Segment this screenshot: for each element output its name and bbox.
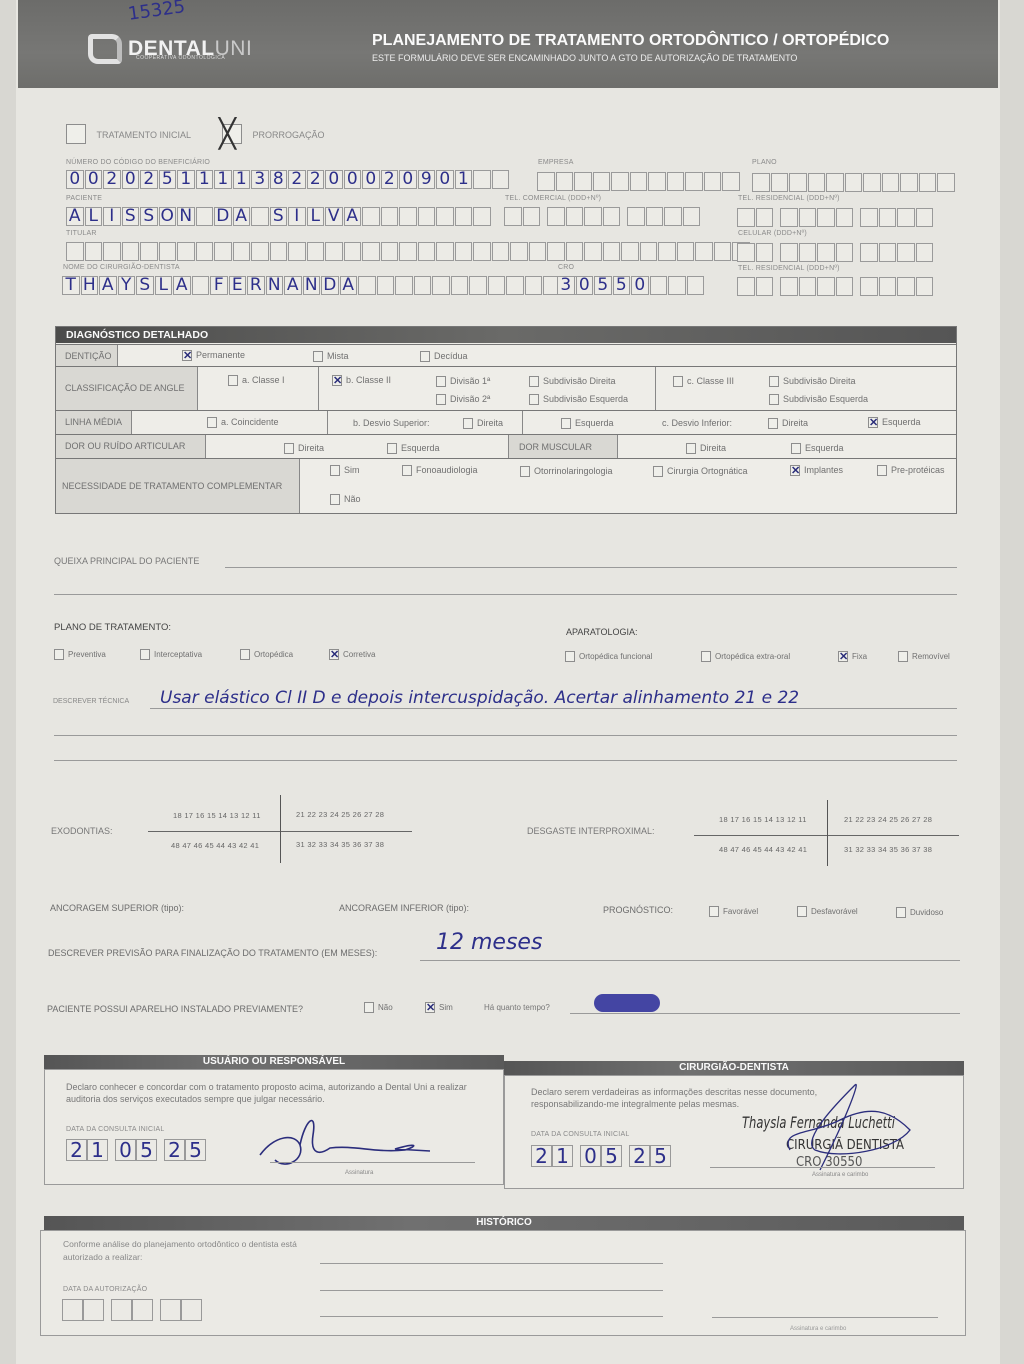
- checkbox-lower-right[interactable]: [768, 418, 778, 429]
- char-box[interactable]: 2: [288, 170, 306, 189]
- char-box[interactable]: [863, 173, 881, 192]
- option-extension[interactable]: PRORROGAÇÃO: [222, 124, 324, 144]
- option-deciduous[interactable]: Decídua: [420, 351, 468, 362]
- date-digit-box[interactable]: [83, 1299, 104, 1321]
- char-box[interactable]: [737, 208, 755, 227]
- date-digit-box[interactable]: 2: [164, 1139, 185, 1161]
- char-box[interactable]: [799, 208, 817, 227]
- checkbox-fixed[interactable]: [838, 651, 848, 662]
- char-box[interactable]: [845, 173, 863, 192]
- option-mixed[interactable]: Mista: [313, 351, 349, 362]
- char-box[interactable]: [504, 207, 522, 226]
- char-box[interactable]: [584, 242, 602, 261]
- date-digit-box[interactable]: 0: [580, 1145, 601, 1167]
- char-box[interactable]: [451, 276, 469, 295]
- checkbox-c2-sub-right[interactable]: [529, 376, 539, 387]
- checkbox-corrective[interactable]: [329, 649, 339, 660]
- teeth-upper-left[interactable]: 21 22 23 24 25 26 27 28: [296, 810, 384, 819]
- mobile-field[interactable]: [737, 243, 934, 262]
- option-class3[interactable]: c. Classe III: [673, 376, 734, 387]
- checkbox-deciduous[interactable]: [420, 351, 430, 362]
- dentist-date-field[interactable]: 210525: [531, 1145, 678, 1167]
- char-box[interactable]: [251, 242, 269, 261]
- forecast-value[interactable]: 12 meses: [436, 930, 542, 955]
- char-box[interactable]: 2: [381, 170, 399, 189]
- checkbox-functional-orthopedic[interactable]: [565, 651, 575, 662]
- checkbox-previous-no[interactable]: [364, 1002, 374, 1013]
- char-box[interactable]: [780, 208, 798, 227]
- teeth-upper-right[interactable]: 18 17 16 15 14 13 12 11: [173, 811, 261, 820]
- date-digit-box[interactable]: 5: [601, 1145, 622, 1167]
- date-digit-box[interactable]: 2: [629, 1145, 650, 1167]
- checkbox-class2[interactable]: [332, 375, 342, 386]
- char-box[interactable]: [395, 276, 413, 295]
- char-box[interactable]: 1: [214, 170, 232, 189]
- char-box[interactable]: [646, 207, 664, 226]
- ipr-teeth-lower-left[interactable]: 31 32 33 34 35 36 37 38: [844, 845, 932, 854]
- company-field[interactable]: [537, 172, 741, 191]
- checkbox-joint-right[interactable]: [284, 443, 294, 454]
- date-digit-box[interactable]: 2: [531, 1145, 552, 1167]
- char-box[interactable]: [381, 207, 399, 226]
- char-box[interactable]: [919, 173, 937, 192]
- char-box[interactable]: [704, 172, 722, 191]
- option-lower-left[interactable]: Esquerda: [868, 417, 921, 428]
- char-box[interactable]: [492, 170, 510, 189]
- option-muscle-right[interactable]: Direita: [686, 443, 726, 454]
- char-box[interactable]: 0: [399, 170, 417, 189]
- char-box[interactable]: [860, 208, 878, 227]
- char-box[interactable]: 0: [362, 170, 380, 189]
- ipr-teeth-upper-left[interactable]: 21 22 23 24 25 26 27 28: [844, 815, 932, 824]
- char-box[interactable]: 0: [576, 276, 594, 295]
- char-box[interactable]: [826, 173, 844, 192]
- char-box[interactable]: 1: [233, 170, 251, 189]
- option-c2-sub-right[interactable]: Subdivisão Direita: [529, 376, 616, 387]
- char-box[interactable]: [288, 242, 306, 261]
- authorization-date-field[interactable]: [62, 1299, 209, 1321]
- char-box[interactable]: [683, 207, 701, 226]
- char-box[interactable]: [556, 172, 574, 191]
- checkbox-complementary-yes[interactable]: [330, 465, 340, 476]
- teeth-lower-left[interactable]: 31 32 33 34 35 36 37 38: [296, 840, 384, 849]
- option-c3-sub-right[interactable]: Subdivisão Direita: [769, 376, 856, 387]
- char-box[interactable]: [196, 242, 214, 261]
- char-box[interactable]: I: [103, 207, 121, 226]
- checkbox-class1[interactable]: [228, 375, 238, 386]
- char-box[interactable]: [473, 207, 491, 226]
- option-previous-no[interactable]: Não: [364, 1002, 393, 1013]
- beneficiary-code-field[interactable]: 0020251111382200020901: [66, 170, 510, 189]
- option-previous-yes[interactable]: Sim: [425, 1002, 453, 1013]
- char-box[interactable]: [752, 173, 770, 192]
- char-box[interactable]: A: [340, 276, 358, 295]
- char-box[interactable]: 3: [557, 276, 575, 295]
- option-coincident[interactable]: a. Coincidente: [207, 417, 279, 428]
- char-box[interactable]: L: [85, 207, 103, 226]
- checkbox-upper-left[interactable]: [561, 418, 571, 429]
- char-box[interactable]: [362, 242, 380, 261]
- option-functional-orthopedic[interactable]: Ortopédica funcional: [565, 651, 652, 662]
- char-box[interactable]: V: [325, 207, 343, 226]
- char-box[interactable]: [658, 242, 676, 261]
- char-box[interactable]: [722, 172, 740, 191]
- option-joint-left[interactable]: Esquerda: [387, 443, 440, 454]
- char-box[interactable]: [882, 173, 900, 192]
- char-box[interactable]: [492, 242, 510, 261]
- char-box[interactable]: [122, 242, 140, 261]
- history-signature-line[interactable]: [712, 1317, 938, 1318]
- char-box[interactable]: [85, 242, 103, 261]
- char-box[interactable]: [836, 243, 854, 262]
- char-box[interactable]: [817, 277, 835, 296]
- char-box[interactable]: [381, 242, 399, 261]
- char-box[interactable]: [251, 207, 269, 226]
- cro-field[interactable]: 30550: [557, 276, 705, 295]
- char-box[interactable]: [836, 277, 854, 296]
- char-box[interactable]: N: [303, 276, 321, 295]
- char-box[interactable]: [593, 172, 611, 191]
- history-input-line-3[interactable]: [320, 1316, 663, 1317]
- char-box[interactable]: I: [288, 207, 306, 226]
- char-box[interactable]: S: [136, 276, 154, 295]
- char-box[interactable]: [469, 276, 487, 295]
- char-box[interactable]: [214, 242, 232, 261]
- option-doubtful[interactable]: Duvidoso: [896, 907, 943, 918]
- date-digit-box[interactable]: [62, 1299, 83, 1321]
- option-interceptive[interactable]: Interceptativa: [140, 649, 202, 660]
- option-upper-left[interactable]: Esquerda: [561, 418, 614, 429]
- char-box[interactable]: L: [307, 207, 325, 226]
- char-box[interactable]: [817, 243, 835, 262]
- date-digit-box[interactable]: 1: [552, 1145, 573, 1167]
- plan-field[interactable]: [752, 173, 956, 192]
- tel-residential-2-field[interactable]: [737, 277, 934, 296]
- char-box[interactable]: S: [270, 207, 288, 226]
- char-box[interactable]: O: [159, 207, 177, 226]
- char-box[interactable]: [177, 242, 195, 261]
- checkbox-orthognathic[interactable]: [653, 466, 663, 477]
- history-input-line-2[interactable]: [320, 1290, 663, 1291]
- date-digit-box[interactable]: [111, 1299, 132, 1321]
- char-box[interactable]: 2: [103, 170, 121, 189]
- char-box[interactable]: 5: [159, 170, 177, 189]
- char-box[interactable]: A: [233, 207, 251, 226]
- option-extraoral-orthopedic[interactable]: Ortopédica extra-oral: [701, 651, 790, 662]
- checkbox-joint-left[interactable]: [387, 443, 397, 454]
- char-box[interactable]: [737, 243, 755, 262]
- checkbox-removable[interactable]: [898, 651, 908, 662]
- char-box[interactable]: [836, 208, 854, 227]
- checkbox-favorable[interactable]: [709, 906, 719, 917]
- checkbox-c3-sub-right[interactable]: [769, 376, 779, 387]
- char-box[interactable]: [695, 242, 713, 261]
- char-box[interactable]: [603, 242, 621, 261]
- char-box[interactable]: S: [122, 207, 140, 226]
- char-box[interactable]: [414, 276, 432, 295]
- checkbox-speech-therapy[interactable]: [402, 465, 412, 476]
- char-box[interactable]: [630, 172, 648, 191]
- char-box[interactable]: [362, 207, 380, 226]
- checkbox-upper-right[interactable]: [463, 418, 473, 429]
- char-box[interactable]: [879, 243, 897, 262]
- char-box[interactable]: 0: [344, 170, 362, 189]
- char-box[interactable]: [789, 173, 807, 192]
- char-box[interactable]: [897, 208, 915, 227]
- ipr-teeth-lower-right[interactable]: 48 47 46 45 44 43 42 41: [719, 845, 807, 854]
- char-box[interactable]: [664, 207, 682, 226]
- option-implants[interactable]: Implantes: [790, 465, 843, 476]
- teeth-lower-right[interactable]: 48 47 46 45 44 43 42 41: [171, 841, 259, 850]
- option-permanent[interactable]: Permanente: [182, 350, 245, 361]
- char-box[interactable]: [66, 242, 84, 261]
- char-box[interactable]: [860, 277, 878, 296]
- char-box[interactable]: 3: [251, 170, 269, 189]
- char-box[interactable]: [685, 172, 703, 191]
- char-box[interactable]: [418, 242, 436, 261]
- checkbox-extension[interactable]: [222, 124, 242, 144]
- checkbox-div1[interactable]: [436, 376, 446, 387]
- char-box[interactable]: [436, 207, 454, 226]
- option-complementary-yes[interactable]: Sim: [330, 465, 360, 476]
- date-digit-box[interactable]: 5: [185, 1139, 206, 1161]
- char-box[interactable]: H: [81, 276, 99, 295]
- option-orthognathic[interactable]: Cirurgia Ortognática: [653, 466, 748, 477]
- char-box[interactable]: D: [214, 207, 232, 226]
- char-box[interactable]: [621, 242, 639, 261]
- option-ent[interactable]: Otorrinolaringologia: [520, 466, 613, 477]
- char-box[interactable]: [432, 276, 450, 295]
- char-box[interactable]: [916, 208, 934, 227]
- date-digit-box[interactable]: [132, 1299, 153, 1321]
- char-box[interactable]: [714, 242, 732, 261]
- char-box[interactable]: [473, 242, 491, 261]
- char-box[interactable]: [525, 276, 543, 295]
- char-box[interactable]: 5: [594, 276, 612, 295]
- complaint-input-line-1[interactable]: [225, 567, 957, 568]
- technique-value[interactable]: Usar elástico Cl II D e depois intercusp…: [160, 688, 799, 708]
- checkbox-class3[interactable]: [673, 376, 683, 387]
- char-box[interactable]: [344, 242, 362, 261]
- option-class2[interactable]: b. Classe II: [332, 375, 391, 386]
- date-digit-box[interactable]: 5: [650, 1145, 671, 1167]
- checkbox-initial-treatment[interactable]: [66, 124, 86, 144]
- checkbox-muscle-left[interactable]: [791, 443, 801, 454]
- char-box[interactable]: [627, 207, 645, 226]
- date-digit-box[interactable]: [160, 1299, 181, 1321]
- option-joint-right[interactable]: Direita: [284, 443, 324, 454]
- char-box[interactable]: [603, 207, 621, 226]
- char-box[interactable]: 0: [436, 170, 454, 189]
- checkbox-preventive[interactable]: [54, 649, 64, 660]
- char-box[interactable]: [547, 207, 565, 226]
- char-box[interactable]: [377, 276, 395, 295]
- option-initial-treatment[interactable]: TRATAMENTO INICIAL: [66, 124, 191, 144]
- char-box[interactable]: [358, 276, 376, 295]
- char-box[interactable]: [860, 243, 878, 262]
- char-box[interactable]: [780, 243, 798, 262]
- char-box[interactable]: [574, 172, 592, 191]
- char-box[interactable]: A: [66, 207, 84, 226]
- char-box[interactable]: 0: [325, 170, 343, 189]
- tel-commercial-field[interactable]: [504, 207, 701, 226]
- option-div1[interactable]: Divisão 1ª: [436, 376, 490, 387]
- char-box[interactable]: 2: [307, 170, 325, 189]
- char-box[interactable]: [510, 242, 528, 261]
- char-box[interactable]: [817, 208, 835, 227]
- char-box[interactable]: [808, 173, 826, 192]
- char-box[interactable]: [399, 207, 417, 226]
- char-box[interactable]: [103, 242, 121, 261]
- char-box[interactable]: [506, 276, 524, 295]
- char-box[interactable]: [399, 242, 417, 261]
- char-box[interactable]: [455, 242, 473, 261]
- char-box[interactable]: [547, 242, 565, 261]
- char-box[interactable]: [270, 242, 288, 261]
- char-box[interactable]: [879, 208, 897, 227]
- char-box[interactable]: [879, 277, 897, 296]
- char-box[interactable]: 8: [270, 170, 288, 189]
- char-box[interactable]: [687, 276, 705, 295]
- char-box[interactable]: 1: [196, 170, 214, 189]
- char-box[interactable]: [488, 276, 506, 295]
- char-box[interactable]: [140, 242, 158, 261]
- char-box[interactable]: [640, 242, 658, 261]
- checkbox-unfavorable[interactable]: [797, 906, 807, 917]
- char-box[interactable]: [937, 173, 955, 192]
- option-fixed[interactable]: Fixa: [838, 651, 867, 662]
- option-lower-right[interactable]: Direita: [768, 418, 808, 429]
- char-box[interactable]: [897, 243, 915, 262]
- checkbox-previous-yes[interactable]: [425, 1002, 435, 1013]
- char-box[interactable]: 9: [418, 170, 436, 189]
- char-box[interactable]: 5: [613, 276, 631, 295]
- char-box[interactable]: [325, 242, 343, 261]
- char-box[interactable]: 0: [631, 276, 649, 295]
- char-box[interactable]: 0: [66, 170, 84, 189]
- checkbox-permanent[interactable]: [182, 350, 192, 361]
- holder-field[interactable]: [66, 242, 751, 261]
- char-box[interactable]: L: [155, 276, 173, 295]
- char-box[interactable]: [529, 242, 547, 261]
- char-box[interactable]: [566, 207, 584, 226]
- checkbox-ent[interactable]: [520, 466, 530, 477]
- char-box[interactable]: A: [284, 276, 302, 295]
- char-box[interactable]: [677, 242, 695, 261]
- checkbox-implants[interactable]: [790, 465, 800, 476]
- checkbox-c3-sub-left[interactable]: [769, 394, 779, 405]
- char-box[interactable]: [916, 243, 934, 262]
- char-box[interactable]: [418, 207, 436, 226]
- char-box[interactable]: [473, 170, 491, 189]
- tel-residential-field[interactable]: [737, 208, 934, 227]
- option-favorable[interactable]: Favorável: [709, 906, 758, 917]
- checkbox-c2-sub-left[interactable]: [529, 394, 539, 405]
- char-box[interactable]: [648, 172, 666, 191]
- option-muscle-left[interactable]: Esquerda: [791, 443, 844, 454]
- date-digit-box[interactable]: 0: [115, 1139, 136, 1161]
- option-upper-right[interactable]: Direita: [463, 418, 503, 429]
- checkbox-pre-prosthetic[interactable]: [877, 465, 887, 476]
- checkbox-coincident[interactable]: [207, 417, 217, 428]
- char-box[interactable]: [799, 277, 817, 296]
- char-box[interactable]: [307, 242, 325, 261]
- option-c2-sub-left[interactable]: Subdivisão Esquerda: [529, 394, 628, 405]
- checkbox-extraoral-orthopedic[interactable]: [701, 651, 711, 662]
- technique-input-line-3[interactable]: [54, 760, 957, 761]
- char-box[interactable]: T: [62, 276, 80, 295]
- user-date-field[interactable]: 210525: [66, 1139, 213, 1161]
- char-box[interactable]: [916, 277, 934, 296]
- char-box[interactable]: R: [247, 276, 265, 295]
- char-box[interactable]: [668, 276, 686, 295]
- checkbox-muscle-right[interactable]: [686, 443, 696, 454]
- option-c3-sub-left[interactable]: Subdivisão Esquerda: [769, 394, 868, 405]
- char-box[interactable]: [159, 242, 177, 261]
- checkbox-interceptive[interactable]: [140, 649, 150, 660]
- date-digit-box[interactable]: 1: [87, 1139, 108, 1161]
- char-box[interactable]: N: [266, 276, 284, 295]
- option-unfavorable[interactable]: Desfavorável: [797, 906, 858, 917]
- option-removable[interactable]: Removível: [898, 651, 950, 662]
- char-box[interactable]: [650, 276, 668, 295]
- checkbox-lower-left[interactable]: [868, 417, 878, 428]
- char-box[interactable]: A: [99, 276, 117, 295]
- char-box[interactable]: D: [321, 276, 339, 295]
- char-box[interactable]: E: [229, 276, 247, 295]
- ipr-teeth-upper-right[interactable]: 18 17 16 15 14 13 12 11: [719, 815, 807, 824]
- date-digit-box[interactable]: [181, 1299, 202, 1321]
- char-box[interactable]: [455, 207, 473, 226]
- char-box[interactable]: 1: [177, 170, 195, 189]
- char-box[interactable]: Y: [118, 276, 136, 295]
- date-digit-box[interactable]: 2: [66, 1139, 87, 1161]
- char-box[interactable]: [799, 243, 817, 262]
- dentist-name-field[interactable]: THAYSLAFERNANDA: [62, 276, 580, 295]
- char-box[interactable]: S: [140, 207, 158, 226]
- char-box[interactable]: [233, 242, 251, 261]
- complaint-input-line-2[interactable]: [54, 594, 957, 595]
- date-digit-box[interactable]: 5: [136, 1139, 157, 1161]
- char-box[interactable]: F: [210, 276, 228, 295]
- char-box[interactable]: N: [177, 207, 195, 226]
- checkbox-div2[interactable]: [436, 394, 446, 405]
- char-box[interactable]: [780, 277, 798, 296]
- option-preventive[interactable]: Preventiva: [54, 649, 106, 660]
- char-box[interactable]: A: [344, 207, 362, 226]
- checkbox-complementary-no[interactable]: [330, 494, 340, 505]
- char-box[interactable]: [436, 242, 454, 261]
- char-box[interactable]: [737, 277, 755, 296]
- checkbox-mixed[interactable]: [313, 351, 323, 362]
- char-box[interactable]: [196, 207, 214, 226]
- char-box[interactable]: [897, 277, 915, 296]
- user-signature[interactable]: [255, 1115, 435, 1175]
- char-box[interactable]: [523, 207, 541, 226]
- checkbox-orthopedic[interactable]: [240, 649, 250, 660]
- patient-field[interactable]: ALISSONDASILVA: [66, 207, 492, 226]
- char-box[interactable]: 2: [140, 170, 158, 189]
- char-box[interactable]: A: [173, 276, 191, 295]
- char-box[interactable]: [756, 277, 774, 296]
- option-pre-prosthetic[interactable]: Pre-protéicas: [877, 465, 945, 476]
- char-box[interactable]: 0: [122, 170, 140, 189]
- char-box[interactable]: [611, 172, 629, 191]
- how-long-input-line[interactable]: [570, 1013, 960, 1014]
- char-box[interactable]: 1: [455, 170, 473, 189]
- char-box[interactable]: [667, 172, 685, 191]
- char-box[interactable]: [192, 276, 210, 295]
